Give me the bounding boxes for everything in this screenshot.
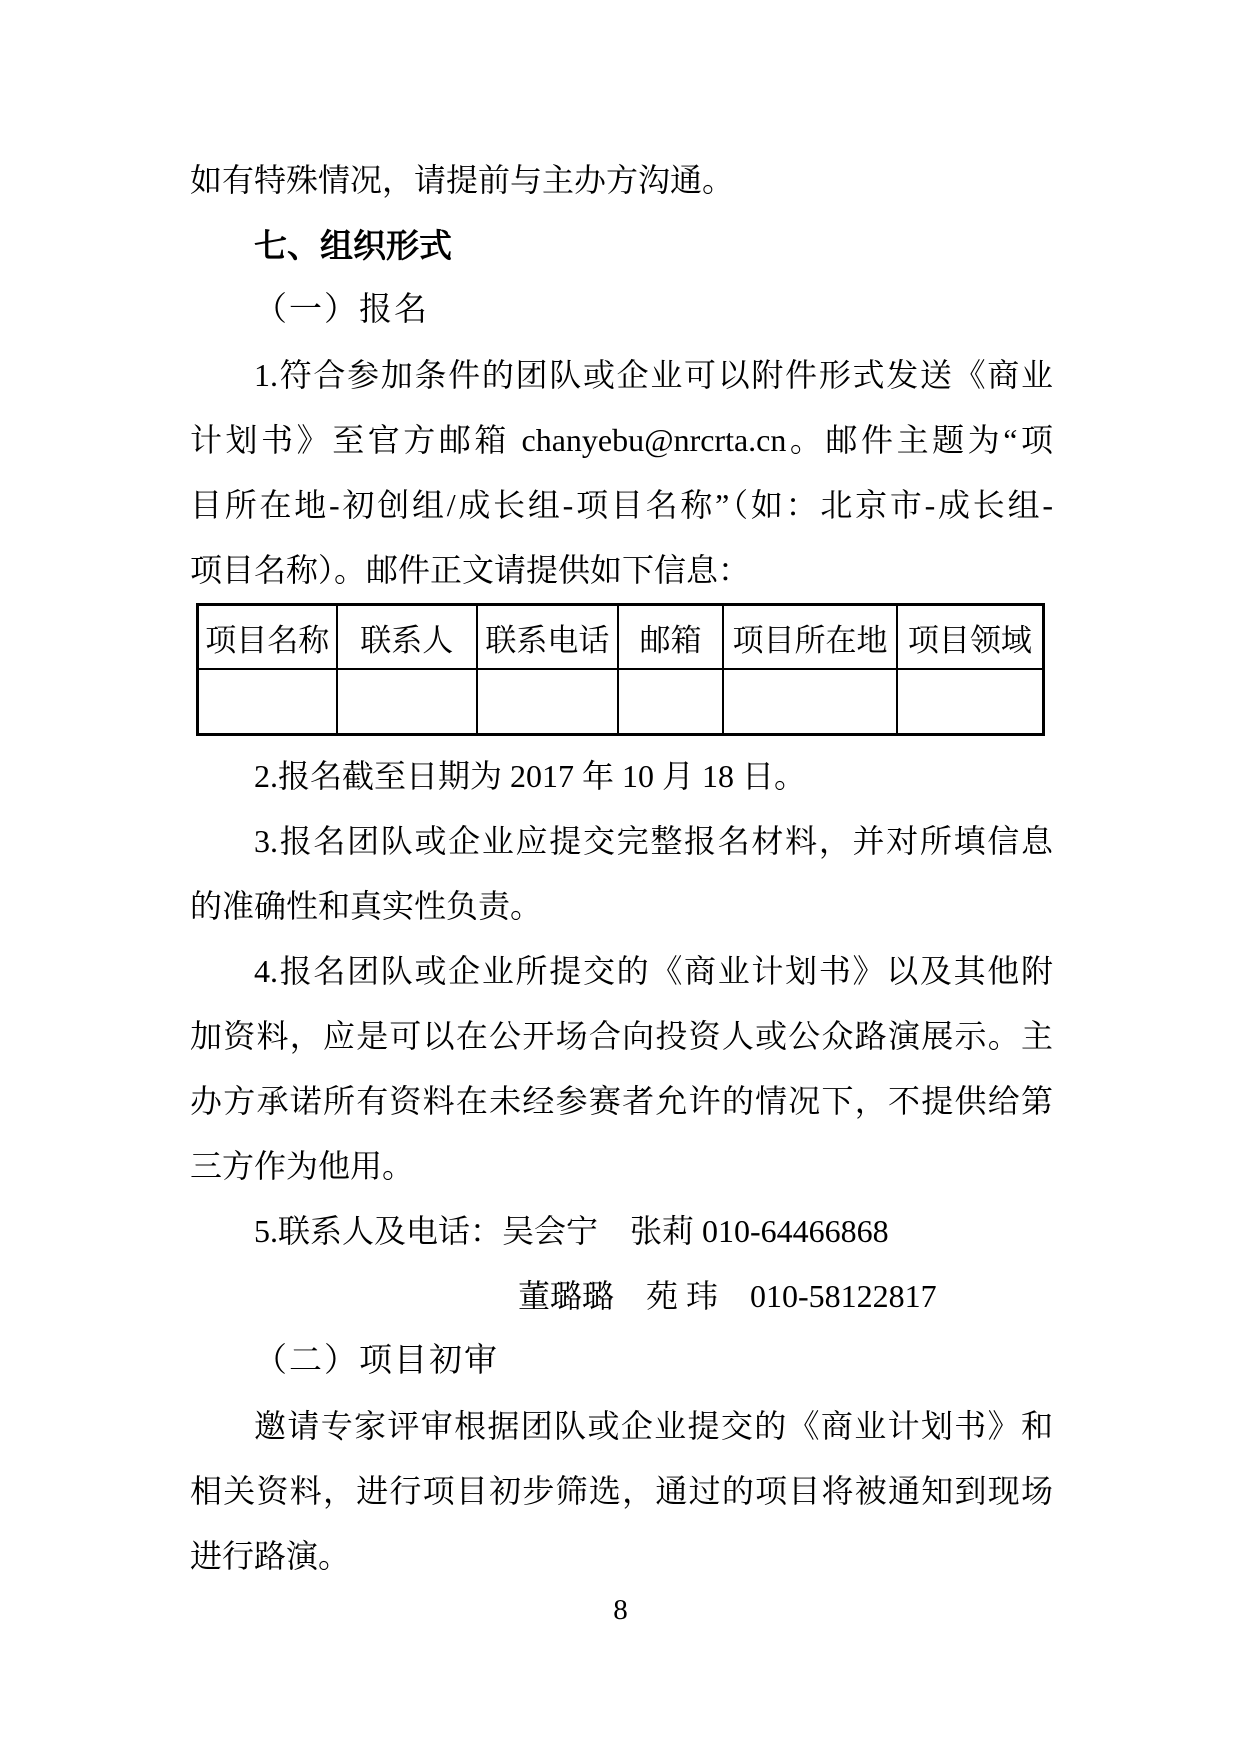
- body-line: 办方承诺所有资料在未经参赛者允许的情况下，不提供给第: [190, 1069, 1053, 1134]
- table-header-cell: 邮箱: [618, 605, 723, 670]
- subsection-heading: （二）项目初审: [190, 1329, 1053, 1394]
- body-line: 4.报名团队或企业所提交的《商业计划书》以及其他附: [190, 939, 1053, 1004]
- table-empty-cell: [337, 669, 477, 735]
- body-line: 如有特殊情况，请提前与主办方沟通。: [190, 148, 1053, 213]
- table-header-cell: 联系电话: [477, 605, 618, 670]
- body-line: 进行路演。: [190, 1524, 1053, 1589]
- section-heading: 七、组织形式: [190, 213, 1053, 278]
- table-header: 项目名称联系人联系电话邮箱项目所在地项目领域: [198, 605, 1044, 670]
- body-line: 的准确性和真实性负责。: [190, 874, 1053, 939]
- subsection-heading: （一）报名: [190, 278, 1053, 343]
- table-header-cell: 项目所在地: [723, 605, 897, 670]
- table-empty-cell: [723, 669, 897, 735]
- body-line: 1.符合参加条件的团队或企业可以附件形式发送《商业: [190, 343, 1053, 408]
- body-line: 董璐璐 苑 玮 010-58122817: [190, 1264, 1053, 1329]
- table-header-row: 项目名称联系人联系电话邮箱项目所在地项目领域: [198, 605, 1044, 670]
- body-line: 相关资料，进行项目初步筛选，通过的项目将被通知到现场: [190, 1459, 1053, 1524]
- content-block-after-table: 2.报名截至日期为 2017 年 10 月 18 日。3.报名团队或企业应提交完…: [190, 744, 1053, 1589]
- body-line: 三方作为他用。: [190, 1134, 1053, 1199]
- body-line: 目所在地-初创组/成长组-项目名称”（如：北京市-成长组-: [190, 473, 1053, 538]
- table-header-cell: 项目领域: [897, 605, 1044, 670]
- table-header-cell: 联系人: [337, 605, 477, 670]
- body-line: 5.联系人及电话：吴会宁 张莉 010-64466868: [190, 1199, 1053, 1264]
- table-body: [198, 669, 1044, 735]
- page-number: 8: [0, 1590, 1241, 1630]
- body-line: 3.报名团队或企业应提交完整报名材料，并对所填信息: [190, 809, 1053, 874]
- body-line: 2.报名截至日期为 2017 年 10 月 18 日。: [190, 744, 1053, 809]
- body-line: 项目名称）。邮件正文请提供如下信息：: [190, 538, 1053, 603]
- table-empty-cell: [477, 669, 618, 735]
- body-line: 计划书》至官方邮箱 chanyebu@nrcrta.cn。邮件主题为“项: [190, 408, 1053, 473]
- content-block-before-table: 如有特殊情况，请提前与主办方沟通。七、组织形式（一）报名1.符合参加条件的团队或…: [190, 148, 1053, 603]
- table-empty-cell: [618, 669, 723, 735]
- document-page: 如有特殊情况，请提前与主办方沟通。七、组织形式（一）报名1.符合参加条件的团队或…: [0, 0, 1241, 1754]
- table-empty-cell: [198, 669, 337, 735]
- body-line: 加资料，应是可以在公开场合向投资人或公众路演展示。主: [190, 1004, 1053, 1069]
- table-empty-cell: [897, 669, 1044, 735]
- body-line: 邀请专家评审根据团队或企业提交的《商业计划书》和: [190, 1394, 1053, 1459]
- table-header-cell: 项目名称: [198, 605, 337, 670]
- table-row: [198, 669, 1044, 735]
- registration-info-table: 项目名称联系人联系电话邮箱项目所在地项目领域: [196, 603, 1045, 736]
